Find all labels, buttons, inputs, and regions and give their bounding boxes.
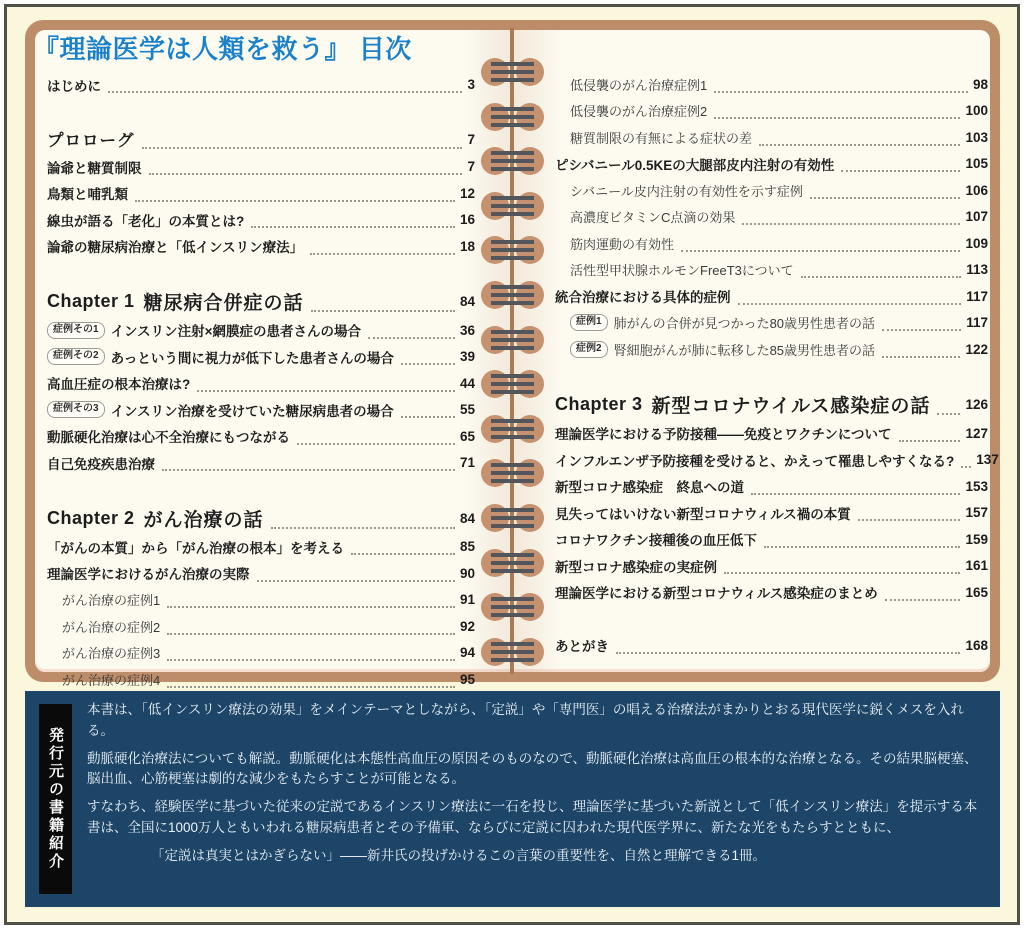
- toc-item-label: 「がんの本質」から「がん治療の根本」を考える: [47, 537, 344, 557]
- page-number: 90: [460, 566, 475, 581]
- binding-ring: [481, 280, 544, 310]
- ring-bars: [491, 419, 534, 439]
- ring-bars: [491, 642, 534, 662]
- dot-leader: [257, 580, 455, 582]
- dot-leader: [759, 144, 960, 146]
- toc-spacer: [47, 260, 475, 287]
- binding-ring: [481, 637, 544, 667]
- toc-item: 筋肉運動の有効性109: [555, 230, 988, 257]
- toc-item: 症例その2あっという間に視力が低下した患者さんの場合39: [47, 344, 475, 371]
- toc-item-label: 理論医学におけるがん治療の実際: [47, 563, 250, 583]
- dot-leader: [961, 466, 971, 468]
- page-number: 44: [460, 376, 475, 391]
- toc-item-label: がん治療の症例4: [62, 670, 160, 689]
- toc-item-label: 自己免疫疾患治療: [47, 453, 155, 473]
- toc-spacer: [555, 606, 988, 633]
- page-number: 94: [460, 645, 475, 660]
- toc-item: インフルエンザ予防接種を受けると、かえって罹患しやすくなる?137: [555, 447, 988, 474]
- dot-leader: [167, 659, 455, 661]
- binding-ring: [481, 369, 544, 399]
- toc-item-label: 理論医学における新型コロナウィルス感染症のまとめ: [555, 582, 878, 602]
- binding-ring: [481, 592, 544, 622]
- toc-item-label: 低侵襲のがん治療症例1: [570, 75, 707, 94]
- toc-item-label: 肺がんの合併が見つかった80歳男性患者の話: [614, 313, 875, 332]
- toc-left-page: 『理論医学は人類を救う』 目次 はじめに3プロローグ7論爺と糖質制限7鳥類と哺乳…: [47, 33, 475, 693]
- page-number: 103: [965, 130, 988, 145]
- page-number: 7: [467, 159, 475, 174]
- toc-right-page: 低侵襲のがん治療症例198低侵襲のがん治療症例2100糖質制限の有無による症状の…: [555, 33, 988, 659]
- toc-item-label: 論爺と糖質制限: [47, 157, 142, 177]
- page-number: 36: [460, 323, 475, 338]
- toc-item: 低侵襲のがん治療症例198: [555, 71, 988, 98]
- dot-leader: [801, 276, 962, 278]
- publisher-paragraphs: 本書は、「低インスリン療法の効果」をメインテーマとしながら、「定説」や「専門医」…: [87, 700, 982, 873]
- publisher-paragraph: 「定説は真実とはかぎらない」——新井氏の投げかけるこの言葉の重要性を、自然と理解…: [87, 846, 982, 867]
- page-number: 98: [973, 77, 988, 92]
- toc-item: ピシバニール0.5KEの大腿部皮内注射の有効性105: [555, 151, 988, 178]
- toc-item-label: がん治療の症例2: [62, 617, 160, 636]
- page-number: 7: [467, 132, 475, 147]
- dot-leader: [401, 363, 455, 365]
- toc-item-label: 鳥類と哺乳類: [47, 183, 128, 203]
- toc-item-label: がん治療の話: [144, 505, 264, 532]
- ring-bars: [491, 151, 534, 171]
- toc-item: 症例2腎細胞がんが肺に転移した85歳男性患者の話122: [555, 336, 988, 363]
- toc-item: はじめに3: [47, 72, 475, 99]
- page-number: 16: [460, 212, 475, 227]
- ring-bars: [491, 107, 534, 127]
- ring-bars: [491, 330, 534, 350]
- toc-item: 論爺の糖尿病治療と「低インスリン療法」18: [47, 233, 475, 260]
- toc-item: 新型コロナ感染症の実症例161: [555, 553, 988, 580]
- dot-leader: [714, 117, 960, 119]
- page-number: 126: [965, 397, 988, 412]
- binding-ring: [481, 146, 544, 176]
- dot-leader: [162, 469, 455, 471]
- toc-item-label: 動脈硬化治療は心不全治療にもつながる: [47, 426, 290, 446]
- dot-leader: [251, 226, 455, 228]
- toc-item-label: 理論医学における予防接種——免疫とワクチンについて: [555, 423, 892, 443]
- toc-item-label: 糖質制限の有無による症状の差: [570, 128, 752, 147]
- toc-item-label: 線虫が語る「老化」の本質とは?: [47, 210, 244, 230]
- toc-item: がん治療の症例394: [47, 640, 475, 667]
- case-badge: 症例その1: [47, 322, 105, 339]
- toc-item: 動脈硬化治療は心不全治療にもつながる65: [47, 423, 475, 450]
- toc-item: シバニール皮内注射の有効性を示す症例106: [555, 177, 988, 204]
- page-title: 『理論医学は人類を救う』 目次: [33, 33, 475, 66]
- page-number: 127: [965, 426, 988, 441]
- dot-leader: [899, 440, 961, 442]
- page-number: 157: [965, 505, 988, 520]
- page-number: 55: [460, 402, 475, 417]
- toc-item: がん治療の症例191: [47, 587, 475, 614]
- toc-item-label: 論爺の糖尿病治療と「低インスリン療法」: [47, 236, 303, 256]
- dot-leader: [742, 223, 960, 225]
- toc-item: 自己免疫疾患治療71: [47, 450, 475, 477]
- dot-leader: [135, 200, 455, 202]
- toc-item: コロナワクチン接種後の血圧低下159: [555, 526, 988, 553]
- ring-bars: [491, 553, 534, 573]
- toc-item-label: 高血圧症の根本治療は?: [47, 373, 190, 393]
- page-number: 92: [460, 619, 475, 634]
- toc-item-label: がん治療の症例3: [62, 643, 160, 662]
- toc-item: がん治療の症例495: [47, 666, 475, 693]
- dot-leader: [297, 443, 455, 445]
- toc-item: Chapter 2がん治療の話84: [47, 503, 475, 534]
- toc-item: がん治療の症例292: [47, 613, 475, 640]
- page-number: 159: [965, 532, 988, 547]
- page-number: 153: [965, 479, 988, 494]
- toc-item: 糖質制限の有無による症状の差103: [555, 124, 988, 151]
- toc-item: 症例1肺がんの合併が見つかった80歳男性患者の話117: [555, 310, 988, 337]
- dot-leader: [167, 633, 455, 635]
- toc-spacer: [555, 363, 988, 390]
- page-number: 95: [460, 672, 475, 687]
- toc-left-list: はじめに3プロローグ7論爺と糖質制限7鳥類と哺乳類12線虫が語る「老化」の本質と…: [47, 72, 475, 693]
- toc-item: 高濃度ビタミンC点滴の効果107: [555, 204, 988, 231]
- dot-leader: [764, 546, 961, 548]
- case-badge: 症例その2: [47, 348, 105, 365]
- dot-leader: [937, 413, 960, 415]
- page-number: 84: [460, 294, 475, 309]
- ring-bars: [491, 597, 534, 617]
- ring-bars: [491, 62, 534, 82]
- toc-item-label: 活性型甲状腺ホルモンFreeT3について: [570, 260, 794, 279]
- ring-bars: [491, 196, 534, 216]
- dot-leader: [681, 250, 960, 252]
- toc-item: 理論医学における予防接種——免疫とワクチンについて127: [555, 420, 988, 447]
- page-number: 65: [460, 429, 475, 444]
- toc-item: 論爺と糖質制限7: [47, 154, 475, 181]
- dot-leader: [167, 606, 455, 608]
- toc-item-label: インフルエンザ予防接種を受けると、かえって罹患しやすくなる?: [555, 450, 954, 470]
- dot-leader: [310, 253, 455, 255]
- toc-item: 低侵襲のがん治療症例2100: [555, 98, 988, 125]
- chapter-number: Chapter 3: [555, 394, 643, 415]
- toc-item-label: 腎細胞がんが肺に転移した85歳男性患者の話: [614, 340, 875, 359]
- binding-ring: [481, 235, 544, 265]
- toc-item-label: 見失ってはいけない新型コロナウィルス禍の本質: [555, 503, 851, 523]
- dot-leader: [197, 390, 455, 392]
- dot-leader: [311, 310, 455, 312]
- dot-leader: [841, 170, 960, 172]
- dot-leader: [810, 197, 961, 199]
- page-number: 117: [966, 289, 988, 304]
- toc-item: Chapter 1糖尿病合併症の話84: [47, 286, 475, 317]
- toc-item: プロローグ7: [47, 125, 475, 154]
- toc-item: Chapter 3新型コロナウイルス感染症の話126: [555, 389, 988, 420]
- page-number: 161: [965, 558, 988, 573]
- binding-ring: [481, 57, 544, 87]
- dot-leader: [167, 686, 455, 688]
- toc-item-label: 低侵襲のがん治療症例2: [570, 101, 707, 120]
- dot-leader: [858, 519, 961, 521]
- publisher-paragraph: 本書は、「低インスリン療法の効果」をメインテーマとしながら、「定説」や「専門医」…: [87, 700, 982, 742]
- toc-spacer: [47, 476, 475, 503]
- ring-bars: [491, 508, 534, 528]
- toc-item-label: コロナワクチン接種後の血圧低下: [555, 529, 757, 549]
- ring-bars: [491, 240, 534, 260]
- ring-bars: [491, 463, 534, 483]
- toc-item: 理論医学におけるがん治療の実際90: [47, 560, 475, 587]
- toc-item-label: 統合治療における具体的症例: [555, 286, 731, 306]
- binding-ring: [481, 325, 544, 355]
- binding-ring: [481, 191, 544, 221]
- chapter-number: Chapter 1: [47, 291, 135, 312]
- page-number: 100: [965, 103, 988, 118]
- dot-leader: [751, 493, 960, 495]
- toc-item: 理論医学における新型コロナウィルス感染症のまとめ165: [555, 579, 988, 606]
- page-number: 113: [966, 262, 988, 277]
- ring-bars: [491, 374, 534, 394]
- dot-leader: [882, 329, 961, 331]
- toc-item: 高血圧症の根本治療は?44: [47, 370, 475, 397]
- page-number: 106: [965, 183, 988, 198]
- case-badge: 症例その3: [47, 401, 105, 418]
- toc-item-label: シバニール皮内注射の有効性を示す症例: [570, 181, 803, 200]
- case-badge: 症例2: [570, 341, 608, 358]
- toc-item-label: あっという間に視力が低下した患者さんの場合: [111, 347, 394, 367]
- dot-leader: [351, 553, 455, 555]
- page-number: 39: [460, 349, 475, 364]
- toc-item-label: 高濃度ビタミンC点滴の効果: [570, 207, 735, 226]
- toc-item-label: 筋肉運動の有効性: [570, 234, 674, 253]
- toc-item-label: 糖尿病合併症の話: [144, 288, 304, 315]
- chapter-number: Chapter 2: [47, 508, 135, 529]
- notebook: 『理論医学は人類を救う』 目次 はじめに3プロローグ7論爺と糖質制限7鳥類と哺乳…: [25, 20, 1000, 682]
- toc-item: 新型コロナ感染症 終息への道153: [555, 473, 988, 500]
- toc-item-label: はじめに: [47, 75, 101, 95]
- dot-leader: [738, 303, 962, 305]
- page-number: 122: [965, 342, 988, 357]
- toc-item: 活性型甲状腺ホルモンFreeT3について113: [555, 257, 988, 284]
- toc-right-list: 低侵襲のがん治療症例198低侵襲のがん治療症例2100糖質制限の有無による症状の…: [555, 71, 988, 659]
- dot-leader: [271, 527, 455, 529]
- dot-leader: [149, 173, 463, 175]
- dot-leader: [142, 147, 463, 149]
- toc-item-label: インスリン治療を受けていた糖尿病患者の場合: [111, 400, 394, 420]
- page-number: 3: [467, 77, 475, 92]
- dot-leader: [368, 337, 455, 339]
- binding-ring: [481, 102, 544, 132]
- toc-item-label: あとがき: [555, 635, 609, 655]
- toc-item: 症例その3インスリン治療を受けていた糖尿病患者の場合55: [47, 397, 475, 424]
- toc-item: 「がんの本質」から「がん治療の根本」を考える85: [47, 534, 475, 561]
- publisher-label: 発行元の書籍紹介: [39, 704, 72, 894]
- toc-item: 見失ってはいけない新型コロナウィルス禍の本質157: [555, 500, 988, 527]
- dot-leader: [401, 416, 455, 418]
- dot-leader: [885, 599, 961, 601]
- page-number: 71: [460, 455, 475, 470]
- page-background: 『理論医学は人類を救う』 目次 はじめに3プロローグ7論爺と糖質制限7鳥類と哺乳…: [0, 0, 1024, 929]
- toc-spacer: [47, 98, 475, 125]
- page-number: 168: [965, 638, 988, 653]
- page-number: 91: [460, 592, 475, 607]
- toc-item-label: 新型コロナ感染症 終息への道: [555, 476, 744, 496]
- dot-leader: [714, 91, 968, 93]
- publisher-intro-box: 発行元の書籍紹介 本書は、「低インスリン療法の効果」をメインテーマとしながら、「…: [25, 691, 1000, 907]
- binding-ring: [481, 414, 544, 444]
- page-number: 117: [966, 315, 988, 330]
- page-number: 105: [965, 156, 988, 171]
- page-number: 12: [460, 186, 475, 201]
- toc-item: あとがき168: [555, 632, 988, 659]
- case-badge: 症例1: [570, 314, 608, 331]
- page-number: 137: [976, 452, 999, 467]
- page-number: 165: [965, 585, 988, 600]
- binding-ring: [481, 503, 544, 533]
- toc-item-label: ピシバニール0.5KEの大腿部皮内注射の有効性: [555, 154, 834, 174]
- toc-item-label: がん治療の症例1: [62, 590, 160, 609]
- page-number: 18: [460, 239, 475, 254]
- binding-ring: [481, 548, 544, 578]
- dot-leader: [616, 652, 960, 654]
- toc-item-label: 新型コロナ感染症の実症例: [555, 556, 717, 576]
- page-number: 84: [460, 511, 475, 526]
- dot-leader: [882, 356, 960, 358]
- toc-item-label: プロローグ: [47, 127, 135, 151]
- page-number: 85: [460, 539, 475, 554]
- toc-item-label: 新型コロナウイルス感染症の話: [652, 391, 931, 418]
- toc-item: 鳥類と哺乳類12: [47, 180, 475, 207]
- toc-item: 症例その1インスリン注射×網膜症の患者さんの場合36: [47, 317, 475, 344]
- publisher-paragraph: すなわち、経験医学に基づいた従来の定説であるインスリン療法に一石を投じ、理論医学…: [87, 797, 982, 839]
- toc-item-label: インスリン注射×網膜症の患者さんの場合: [111, 320, 361, 340]
- ring-bars: [491, 285, 534, 305]
- page-number: 109: [965, 236, 988, 251]
- dot-leader: [724, 572, 960, 574]
- publisher-paragraph: 動脈硬化治療法についても解説。動脈硬化は本態性高血圧の原因そのものなので、動脈硬…: [87, 749, 982, 791]
- toc-item: 線虫が語る「老化」の本質とは?16: [47, 207, 475, 234]
- dot-leader: [108, 91, 462, 93]
- binding-ring: [481, 458, 544, 488]
- page-number: 107: [965, 209, 988, 224]
- toc-item: 統合治療における具体的症例117: [555, 283, 988, 310]
